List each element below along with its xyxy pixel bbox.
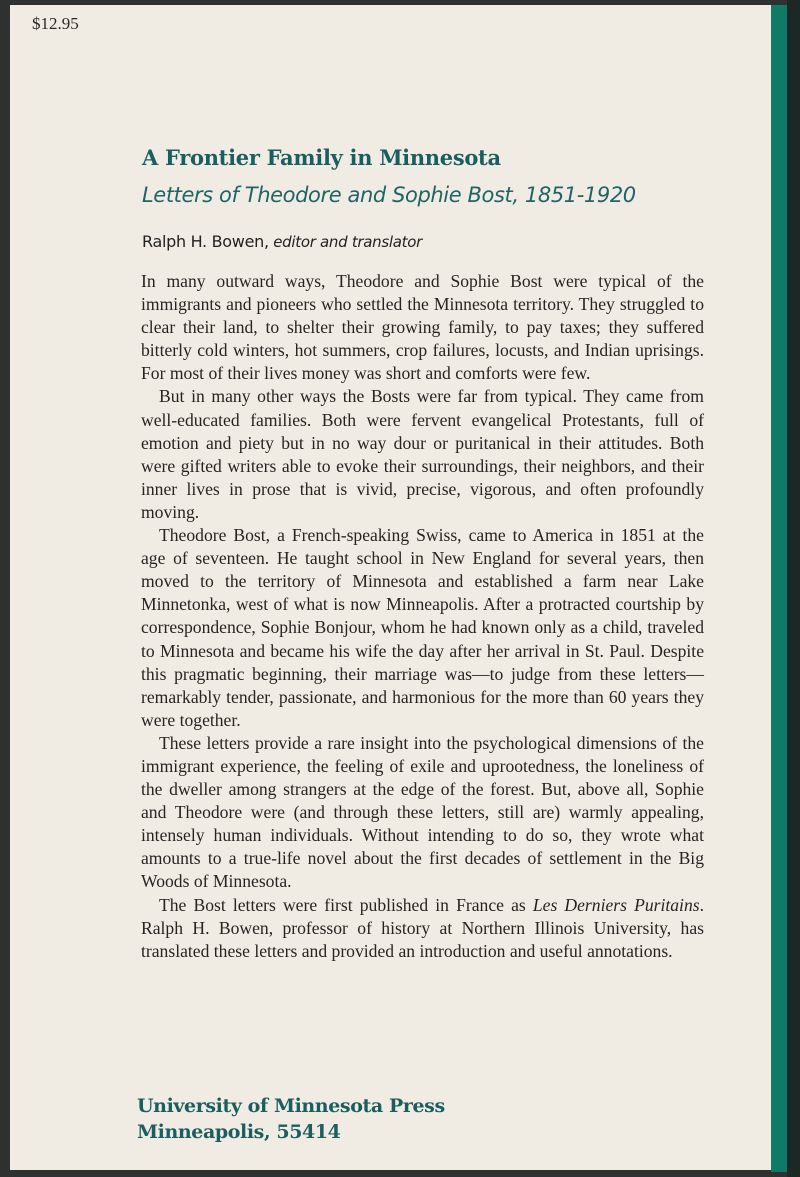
publisher-address: Minneapolis, 55414 xyxy=(137,1119,445,1145)
book-subtitle: Letters of Theodore and Sophie Bost, 185… xyxy=(142,183,636,207)
spine-green-stripe xyxy=(771,5,787,1172)
blurb-paragraph-final: The Bost letters were first published in… xyxy=(141,894,704,963)
editor-role: editor and translator xyxy=(269,233,422,251)
editor-name: Ralph H. Bowen, xyxy=(142,232,269,251)
blurb-paragraph: Theodore Bost, a French-speaking Swiss, … xyxy=(141,524,704,732)
editor-credit: Ralph H. Bowen, editor and translator xyxy=(142,232,422,251)
french-title: Les Derniers Puritains xyxy=(533,895,700,915)
blurb-paragraph: These letters provide a rare insight int… xyxy=(141,732,704,894)
blurb-text-span: The Bost letters were first published in… xyxy=(159,895,533,915)
publisher-name: University of Minnesota Press xyxy=(137,1093,445,1119)
blurb-paragraph: But in many other ways the Bosts were fa… xyxy=(141,385,704,524)
spine-dark-edge xyxy=(787,0,800,1177)
price-label: $12.95 xyxy=(32,14,79,34)
publisher-block: University of Minnesota Press Minneapoli… xyxy=(137,1093,445,1145)
blurb-paragraph: In many outward ways, Theodore and Sophi… xyxy=(141,270,704,385)
blurb-text: In many outward ways, Theodore and Sophi… xyxy=(141,270,704,963)
book-title: A Frontier Family in Minnesota xyxy=(142,145,501,170)
